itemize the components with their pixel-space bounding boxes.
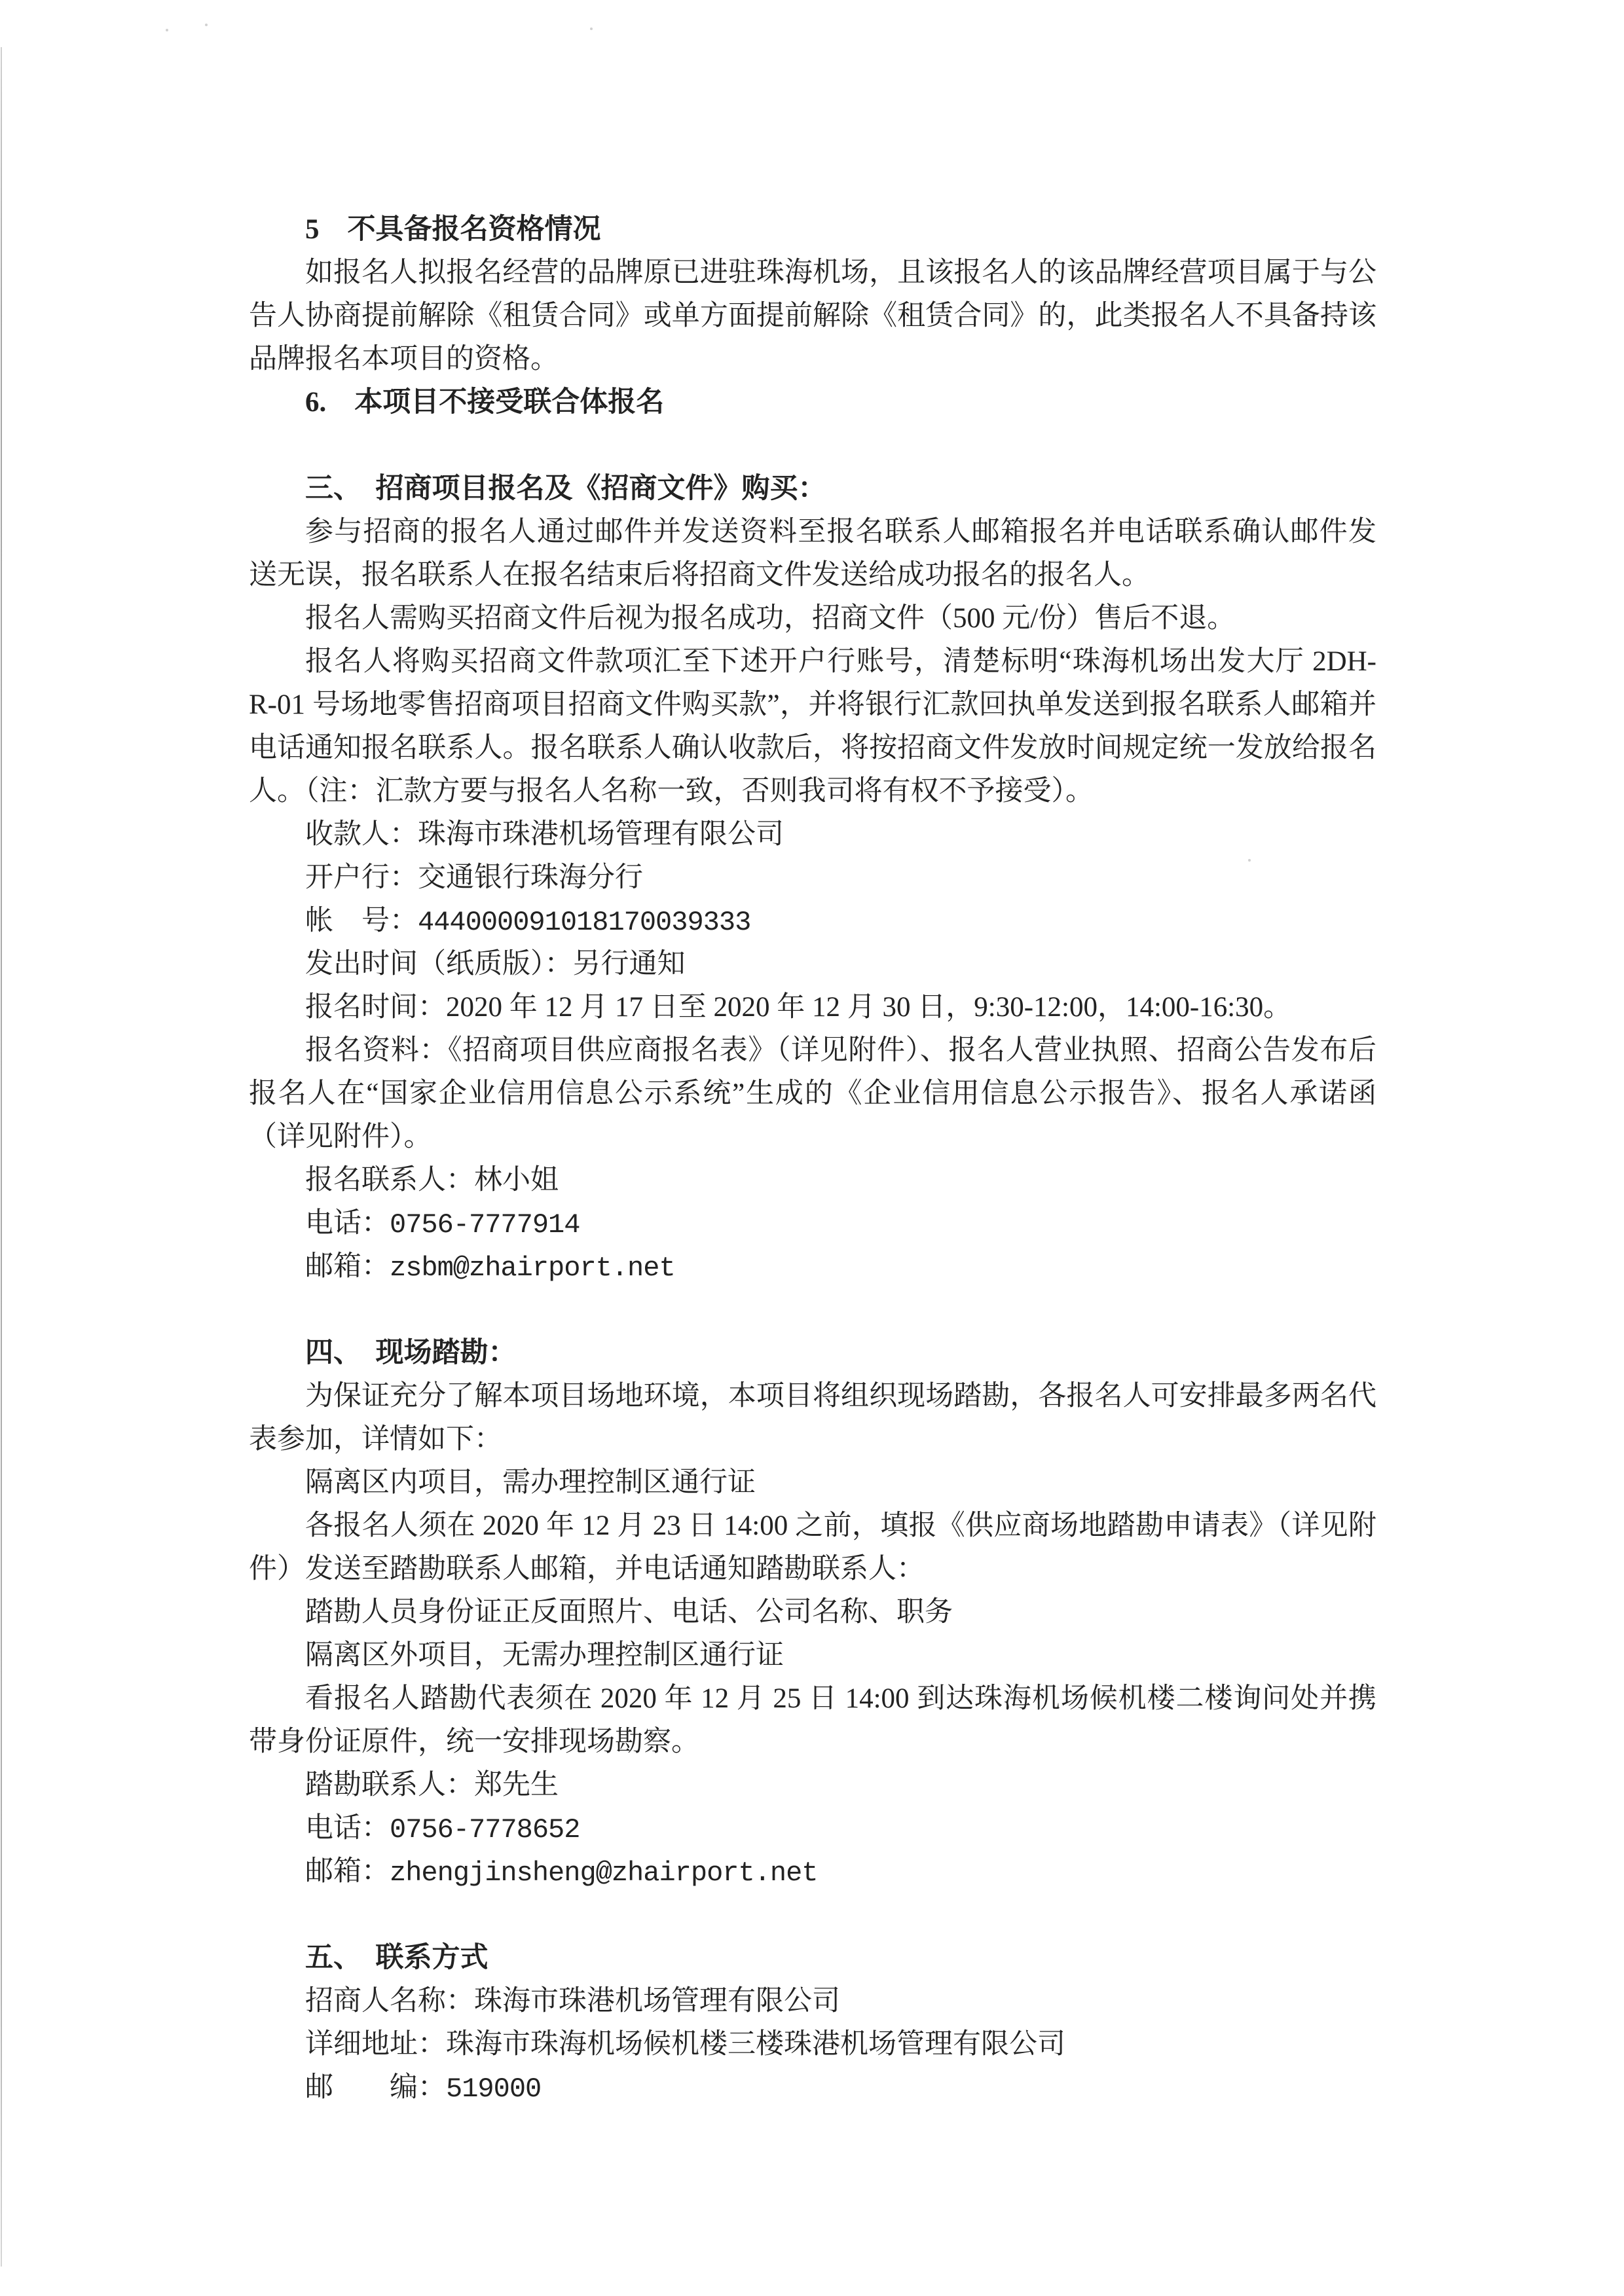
field-label: 帐 号： <box>305 905 418 936</box>
scan-speck <box>166 29 168 31</box>
para-line: 品牌报名本项目的资格。 <box>249 338 1376 381</box>
section-four-site-visit: 四、 现场踏勘：为保证充分了解本项目场地环境，本项目将组织现场踏勘，各报名人可安… <box>249 1332 1376 1893</box>
heading-section-5: 五、 联系方式 <box>249 1937 1376 1980</box>
registration-email-line: 邮箱：zsbm@zhairport.net <box>249 1245 1376 1288</box>
para-line: 报名资料：《招商项目供应商报名表》（详见附件）、报名人营业执照、招商公告发布后 <box>249 1029 1376 1072</box>
para-line: 电话通知报名联系人。报名联系人确认收款后，将按招商文件发放时间规定统一发放给报名 <box>249 727 1376 770</box>
site-visit-contact-line: 踏勘联系人：郑先生 <box>249 1764 1376 1807</box>
para-line: 看报名人踏勘代表须在 2020 年 12 月 25 日 14:00 到达珠海机场… <box>249 1677 1376 1721</box>
para-line: 带身份证原件，统一安排现场勘察。 <box>249 1721 1376 1764</box>
section-three-registration-and-document-purchase: 三、 招商项目报名及《招商文件》购买：参与招商的报名人通过邮件并发送资料至报名联… <box>249 467 1376 1288</box>
scan-speck <box>590 27 593 30</box>
payee-line: 收款人：珠海市珠港机场管理有限公司 <box>249 813 1376 856</box>
section-five-contact-info: 五、 联系方式招商人名称：珠海市珠港机场管理有限公司详细地址：珠海市珠海机场候机… <box>249 1937 1376 2109</box>
para-line: 报名人需购买招商文件后视为报名成功，招商文件（500 元/份）售后不退。 <box>249 597 1376 640</box>
address-line: 详细地址：珠海市珠海机场候机楼三楼珠港机场管理有限公司 <box>249 2023 1376 2066</box>
registration-phone-line: 电话：0756-7777914 <box>249 1202 1376 1245</box>
heading-section-4: 四、 现场踏勘： <box>249 1332 1376 1375</box>
field-label: 邮箱： <box>305 1856 390 1887</box>
para-line: 人。（注：汇款方要与报名人名称一致，否则我司将有权不予接受）。 <box>249 770 1376 813</box>
para-line: （详见附件）。 <box>249 1116 1376 1159</box>
field-value: 0756-7778652 <box>390 1814 580 1846</box>
registration-time-line: 报名时间：2020 年 12 月 17 日至 2020 年 12 月 30 日，… <box>249 986 1376 1029</box>
document-body: 5 不具备报名资格情况如报名人拟报名经营的品牌原已进驻珠海机场，且该报名人的该品… <box>249 208 1376 2109</box>
field-label: 邮 编： <box>305 2072 446 2103</box>
scanned-page: 5 不具备报名资格情况如报名人拟报名经营的品牌原已进驻珠海机场，且该报名人的该品… <box>0 0 1624 2296</box>
para-line: 各报名人须在 2020 年 12 月 23 日 14:00 之前，填报《供应商场… <box>249 1504 1376 1548</box>
field-value: 0756-7777914 <box>390 1209 580 1241</box>
field-label: 邮箱： <box>305 1251 390 1282</box>
para-line: 踏勘人员身份证正反面照片、电话、公司名称、职务 <box>249 1591 1376 1634</box>
site-visit-phone-line: 电话：0756-7778652 <box>249 1807 1376 1850</box>
site-visit-email-line: 邮箱：zhengjinsheng@zhairport.net <box>249 1850 1376 1893</box>
postcode-line: 邮 编：519000 <box>249 2066 1376 2109</box>
section-eligibility-items: 5 不具备报名资格情况如报名人拟报名经营的品牌原已进驻珠海机场，且该报名人的该品… <box>249 208 1376 424</box>
para-line: 送无误，报名联系人在报名结束后将招商文件发送给成功报名的报名人。 <box>249 554 1376 597</box>
scan-speck <box>205 24 208 26</box>
para-line: 报名人将购买招商文件款项汇至下述开户行账号，清楚标明“珠海机场出发大厅 2DH- <box>249 640 1376 683</box>
merchant-name-line: 招商人名称：珠海市珠港机场管理有限公司 <box>249 1980 1376 2023</box>
heading-item-5: 5 不具备报名资格情况 <box>249 208 1376 251</box>
para-line: 报名人在“国家企业信用信息公示系统”生成的《企业信用信息公示报告》、报名人承诺函 <box>249 1072 1376 1116</box>
para-line: 件）发送至踏勘联系人邮箱，并电话通知踏勘联系人： <box>249 1548 1376 1591</box>
para-line: 隔离区外项目，无需办理控制区通行证 <box>249 1634 1376 1677</box>
field-label: 电话： <box>305 1813 390 1844</box>
issue-time-line: 发出时间（纸质版）：另行通知 <box>249 943 1376 986</box>
para-line: 如报名人拟报名经营的品牌原已进驻珠海机场，且该报名人的该品牌经营项目属于与公 <box>249 251 1376 295</box>
para-line: 隔离区内项目，需办理控制区通行证 <box>249 1461 1376 1504</box>
registration-contact-line: 报名联系人：林小姐 <box>249 1159 1376 1202</box>
field-label: 电话： <box>305 1208 390 1239</box>
field-value: zsbm@zhairport.net <box>390 1252 675 1284</box>
para-line: 告人协商提前解除《租赁合同》或单方面提前解除《租赁合同》的，此类报名人不具备持该 <box>249 295 1376 338</box>
heading-section-3: 三、 招商项目报名及《招商文件》购买： <box>249 467 1376 511</box>
field-value: 519000 <box>446 2073 541 2105</box>
scan-edge-artifact <box>1 47 2 2267</box>
para-line: 为保证充分了解本项目场地环境，本项目将组织现场踏勘，各报名人可安排最多两名代 <box>249 1375 1376 1418</box>
para-line: 参与招商的报名人通过邮件并发送资料至报名联系人邮箱报名并电话联系确认邮件发 <box>249 511 1376 554</box>
field-value: zhengjinsheng@zhairport.net <box>390 1857 818 1889</box>
account-number-line: 帐 号：444000091018170039333 <box>249 900 1376 943</box>
heading-item-6: 6. 本项目不接受联合体报名 <box>249 381 1376 424</box>
field-value: 444000091018170039333 <box>418 907 750 938</box>
bank-line: 开户行：交通银行珠海分行 <box>249 856 1376 900</box>
para-line: 表参加，详情如下： <box>249 1418 1376 1461</box>
para-line: R-01 号场地零售招商项目招商文件购买款”，并将银行汇款回执单发送到报名联系人… <box>249 683 1376 727</box>
